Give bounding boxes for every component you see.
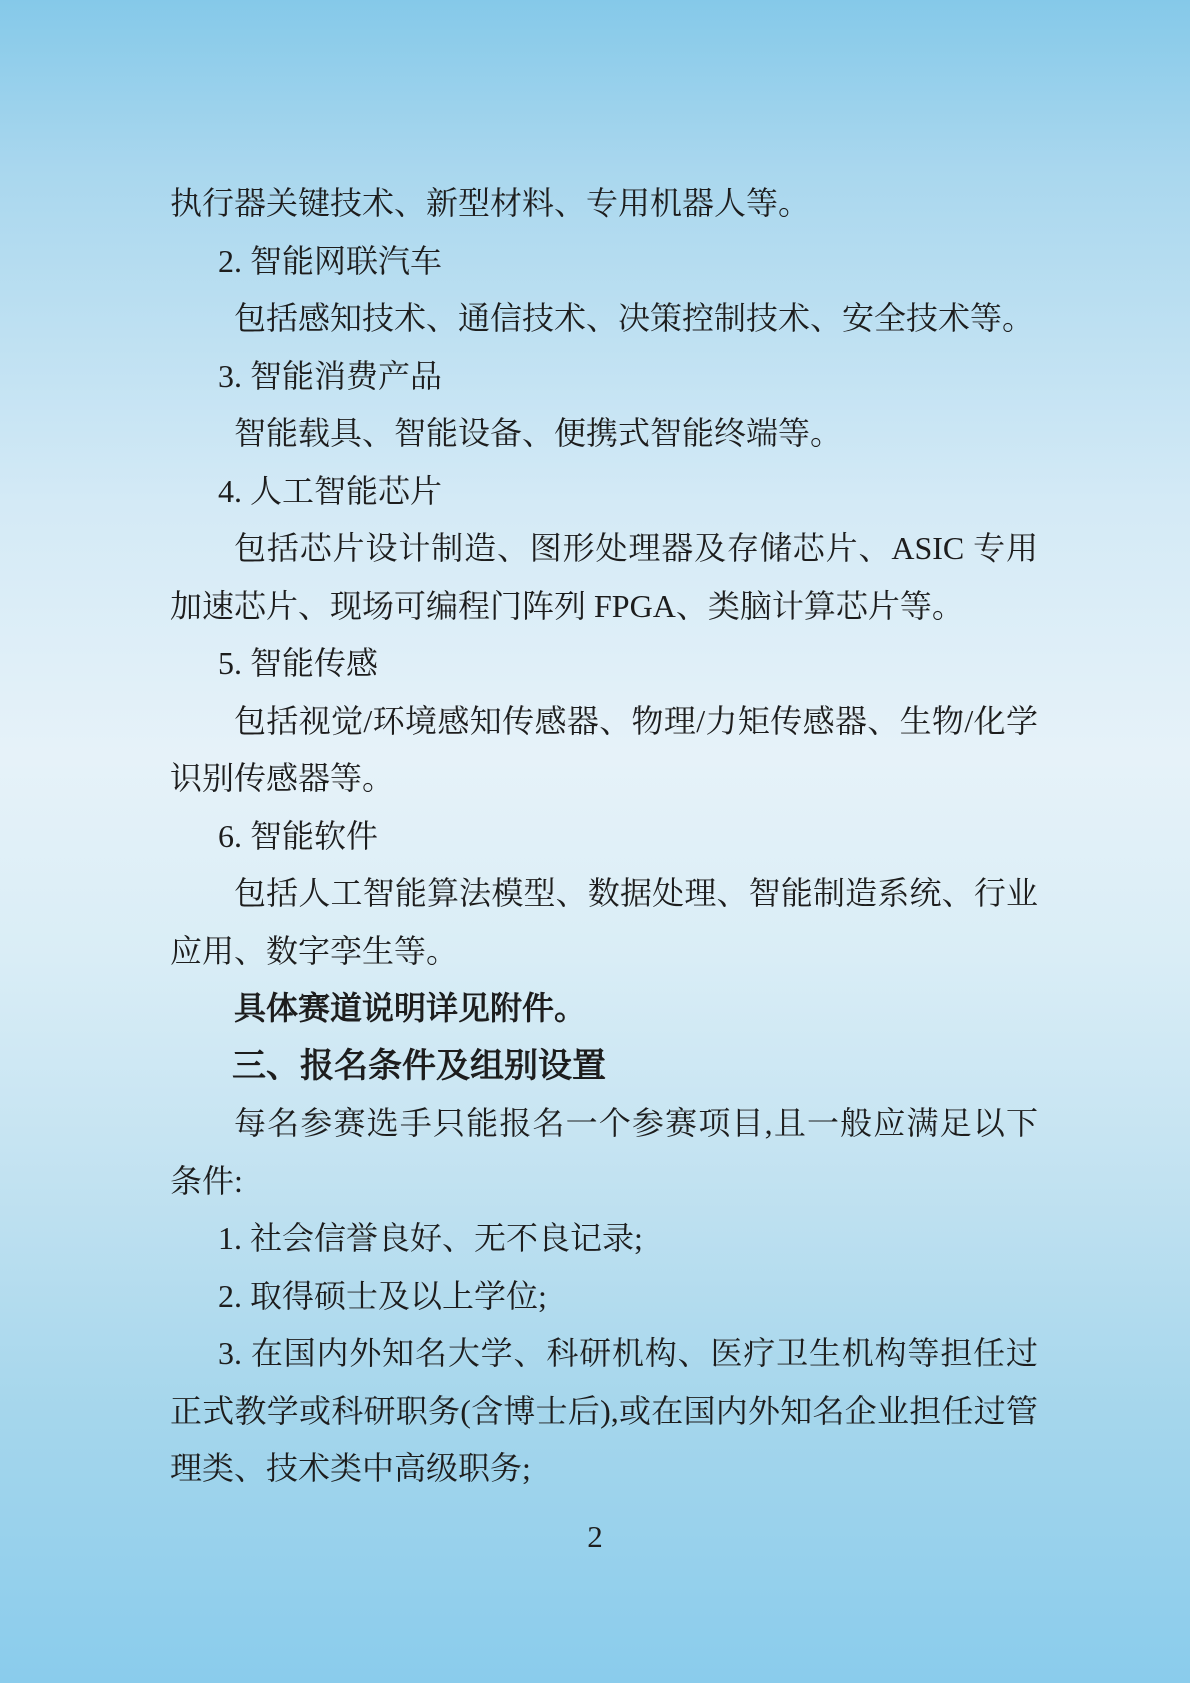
track-description-5: 包括视觉/环境感知传感器、物理/力矩传感器、生物/化学识别传感器等。 xyxy=(170,693,1038,808)
paragraph-continuation: 执行器关键技术、新型材料、专用机器人等。 xyxy=(170,175,1038,233)
intro-paragraph: 每名参赛选手只能报名一个参赛项目,且一般应满足以下条件: xyxy=(170,1095,1038,1210)
track-heading-4: 4. 人工智能芯片 xyxy=(170,463,1038,521)
track-heading-6: 6. 智能软件 xyxy=(170,808,1038,866)
condition-item-2: 2. 取得硕士及以上学位; xyxy=(170,1268,1038,1326)
condition-item-3: 3. 在国内外知名大学、科研机构、医疗卫生机构等担任过正式教学或科研职务(含博士… xyxy=(170,1325,1038,1498)
note-see-attachment: 具体赛道说明详见附件。 xyxy=(170,980,1038,1038)
track-description-3: 智能载具、智能设备、便携式智能终端等。 xyxy=(170,405,1038,463)
section-heading-3: 三、报名条件及组别设置 xyxy=(170,1038,1038,1096)
page-number: 2 xyxy=(0,1520,1190,1554)
track-heading-5: 5. 智能传感 xyxy=(170,635,1038,693)
condition-item-1: 1. 社会信誉良好、无不良记录; xyxy=(170,1210,1038,1268)
track-heading-2: 2. 智能网联汽车 xyxy=(170,233,1038,291)
track-heading-3: 3. 智能消费产品 xyxy=(170,348,1038,406)
track-description-2: 包括感知技术、通信技术、决策控制技术、安全技术等。 xyxy=(170,290,1038,348)
track-description-6: 包括人工智能算法模型、数据处理、智能制造系统、行业应用、数字孪生等。 xyxy=(170,865,1038,980)
track-description-4: 包括芯片设计制造、图形处理器及存储芯片、ASIC 专用加速芯片、现场可编程门阵列… xyxy=(170,520,1038,635)
page-content: 执行器关键技术、新型材料、专用机器人等。 2. 智能网联汽车 包括感知技术、通信… xyxy=(170,175,1038,1498)
document-page: 执行器关键技术、新型材料、专用机器人等。 2. 智能网联汽车 包括感知技术、通信… xyxy=(0,0,1190,1683)
